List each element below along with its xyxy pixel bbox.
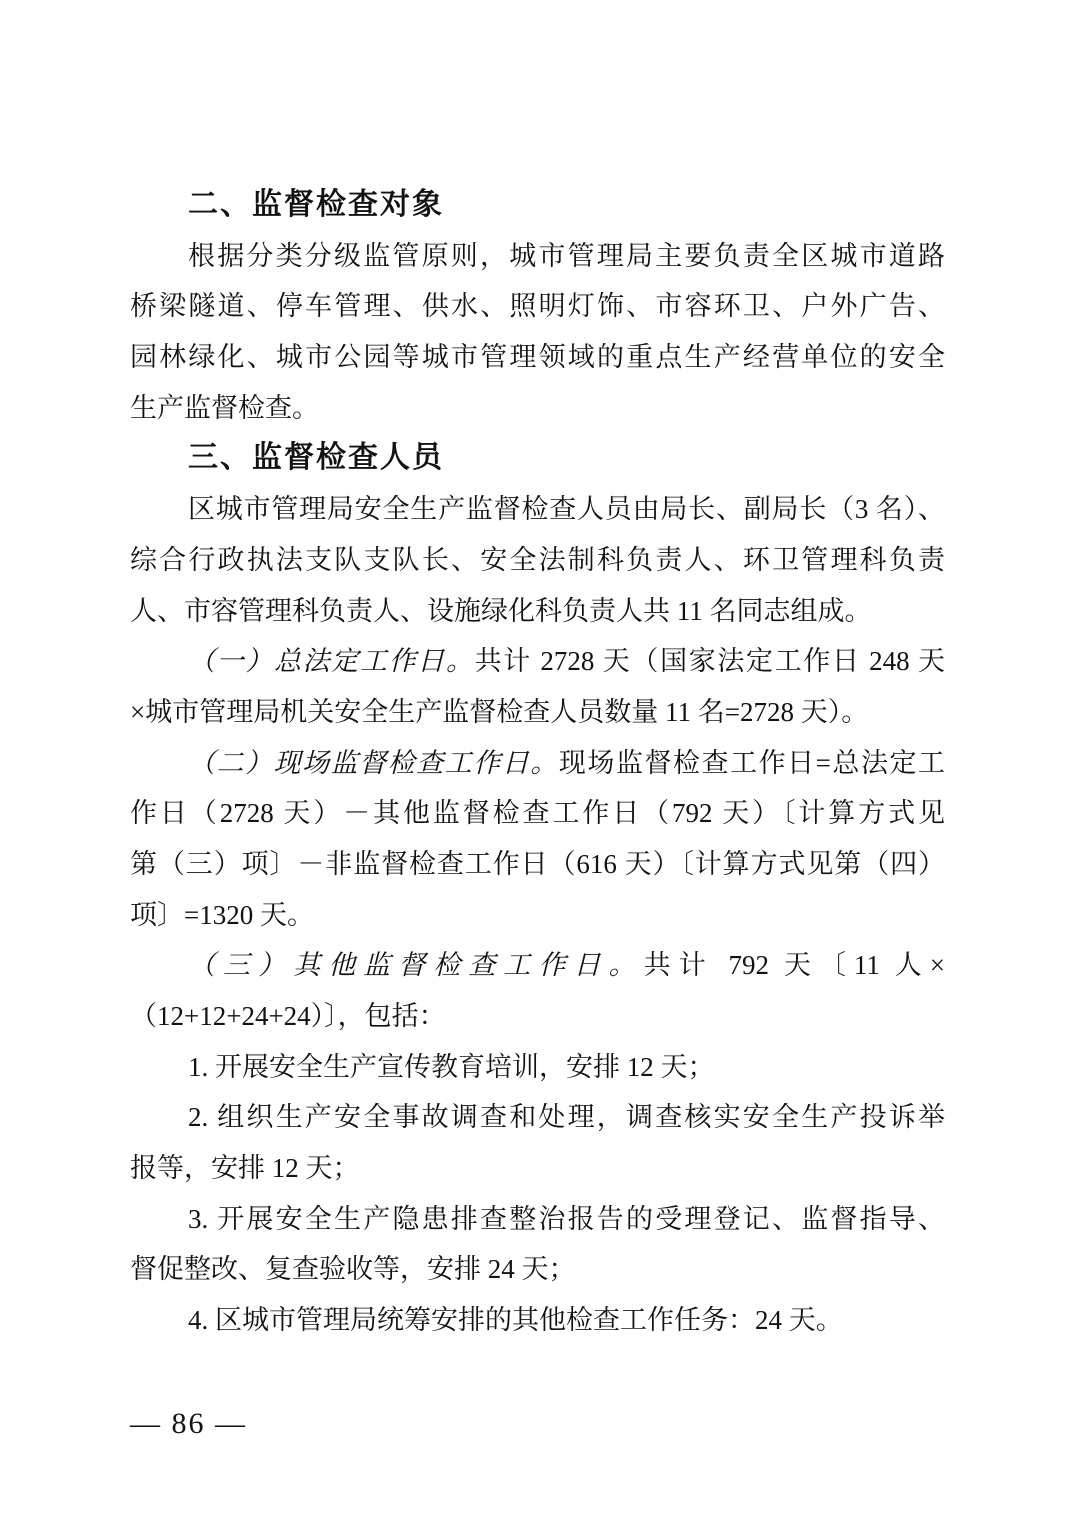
document-body: 二、监督检查对象 根据分类分级监管原则，城市管理局主要负责全区城市道路 桥梁隧道…	[130, 180, 945, 1346]
paragraph-line: ×城市管理局机关安全生产监督检查人员数量 11 名=2728 天）。	[130, 687, 945, 738]
paragraph-line: 第（三）项〕－非监督检查工作日（616 天）〔计算方式见第（四）	[130, 839, 945, 890]
clause-lead-onsite-workdays: （二）现场监督检查工作日。	[188, 748, 559, 778]
paragraph-other-inspection-workdays: （三）其他监督检查工作日。共计 792 天〔11 人× （12+12+24+24…	[130, 940, 945, 1041]
paragraph-line: 2. 组织生产安全事故调查和处理，调查核实安全生产投诉举	[130, 1092, 945, 1143]
paragraph-line: 根据分类分级监管原则，城市管理局主要负责全区城市道路	[130, 231, 945, 282]
paragraph-onsite-inspection-workdays: （二）现场监督检查工作日。现场监督检查工作日=总法定工 作日（2728 天）－其…	[130, 738, 945, 941]
list-item-2: 2. 组织生产安全事故调查和处理，调查核实安全生产投诉举 报等，安排 12 天；	[130, 1092, 945, 1193]
paragraph-line: 综合行政执法支队支队长、安全法制科负责人、环卫管理科负责	[130, 535, 945, 586]
paragraph-line: 报等，安排 12 天；	[130, 1143, 945, 1194]
paragraph-line: 园林绿化、城市公园等城市管理领域的重点生产经营单位的安全	[130, 332, 945, 383]
document-page: 二、监督检查对象 根据分类分级监管原则，城市管理局主要负责全区城市道路 桥梁隧道…	[0, 0, 1074, 1520]
paragraph-line: （一）总法定工作日。共计 2728 天（国家法定工作日 248 天	[130, 636, 945, 687]
page-number: — 86 —	[130, 1402, 247, 1446]
paragraph-supervision-targets: 根据分类分级监管原则，城市管理局主要负责全区城市道路 桥梁隧道、停车管理、供水、…	[130, 231, 945, 434]
paragraph-total-statutory-workdays: （一）总法定工作日。共计 2728 天（国家法定工作日 248 天 ×城市管理局…	[130, 636, 945, 737]
paragraph-line: 督促整改、复查验收等，安排 24 天；	[130, 1244, 945, 1295]
paragraph-line: （12+12+24+24）〕，包括：	[130, 991, 945, 1042]
paragraph-line: 桥梁隧道、停车管理、供水、照明灯饰、市容环卫、户外广告、	[130, 281, 945, 332]
clause-text: 现场监督检查工作日=总法定工	[559, 748, 945, 778]
clause-text: 共计 792 天〔11 人×	[644, 950, 945, 980]
paragraph-line: 生产监督检查。	[130, 383, 945, 434]
list-item-4: 4. 区城市管理局统筹安排的其他检查工作任务：24 天。	[130, 1295, 945, 1346]
paragraph-line: 3. 开展安全生产隐患排查整治报告的受理登记、监督指导、	[130, 1194, 945, 1245]
paragraph-line: （二）现场监督检查工作日。现场监督检查工作日=总法定工	[130, 738, 945, 789]
clause-lead-other-workdays: （三）其他监督检查工作日。	[188, 950, 644, 980]
section-heading-supervision-personnel: 三、监督检查人员	[130, 433, 945, 484]
paragraph-supervision-personnel: 区城市管理局安全生产监督检查人员由局长、副局长（3 名）、 综合行政执法支队支队…	[130, 484, 945, 636]
paragraph-line: （三）其他监督检查工作日。共计 792 天〔11 人×	[130, 940, 945, 991]
paragraph-line: 作日（2728 天）－其他监督检查工作日（792 天）〔计算方式见	[130, 788, 945, 839]
paragraph-line: 区城市管理局安全生产监督检查人员由局长、副局长（3 名）、	[130, 484, 945, 535]
list-item-1: 1. 开展安全生产宣传教育培训，安排 12 天；	[130, 1042, 945, 1093]
paragraph-line: 人、市容管理科负责人、设施绿化科负责人共 11 名同志组成。	[130, 586, 945, 637]
list-item-3: 3. 开展安全生产隐患排查整治报告的受理登记、监督指导、 督促整改、复查验收等，…	[130, 1194, 945, 1295]
clause-text: 共计 2728 天（国家法定工作日 248 天	[475, 646, 945, 676]
section-heading-supervision-targets: 二、监督检查对象	[130, 180, 945, 231]
clause-lead-total-workdays: （一）总法定工作日。	[188, 646, 475, 676]
paragraph-line: 项〕=1320 天。	[130, 890, 945, 941]
